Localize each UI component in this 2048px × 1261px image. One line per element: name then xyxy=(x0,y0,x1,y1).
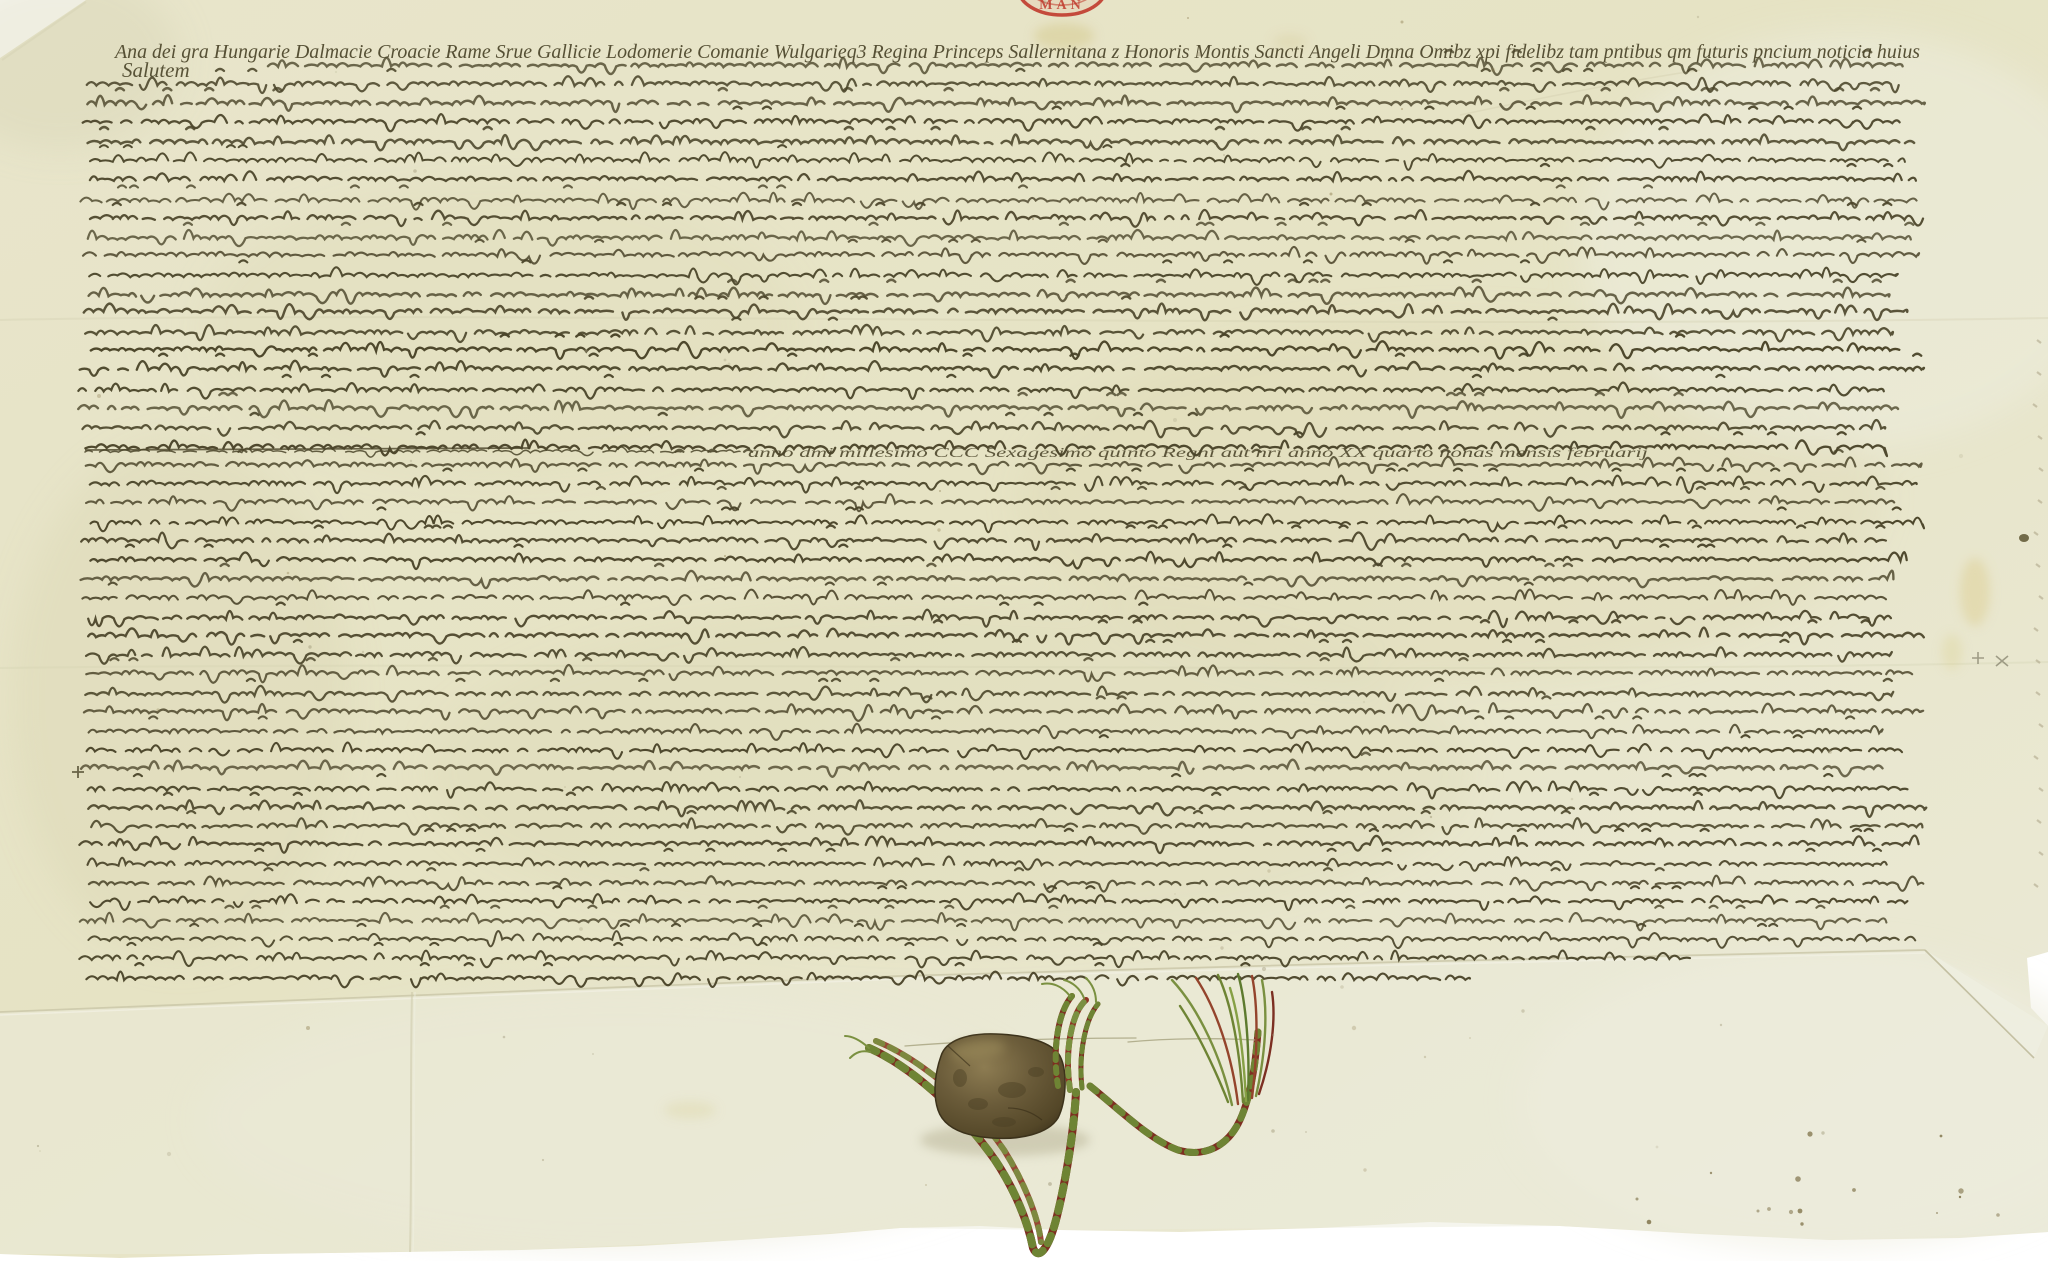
speckle xyxy=(1697,16,1699,18)
speckle xyxy=(1363,701,1365,703)
speckle xyxy=(1141,831,1143,833)
speckle xyxy=(1616,905,1619,908)
speckle xyxy=(1330,193,1333,196)
speckle-dark xyxy=(1636,1198,1639,1201)
speckle xyxy=(410,460,412,462)
speckle xyxy=(724,555,726,557)
speckle xyxy=(1720,1024,1722,1026)
speckle xyxy=(306,1026,310,1030)
speckle xyxy=(592,1053,594,1055)
opening-line-text: Ana dei gra Hungarie Dalmacie Croacie Ra… xyxy=(113,41,1920,63)
speckle-dark xyxy=(1795,1176,1801,1182)
speckle xyxy=(1656,1146,1659,1149)
speckle xyxy=(1267,869,1270,872)
speckle-dark xyxy=(1936,1212,1938,1214)
speckle xyxy=(1197,52,1202,57)
speckle xyxy=(579,927,583,931)
speckle xyxy=(937,528,940,531)
speckle-dark xyxy=(1647,1220,1652,1225)
speckle xyxy=(287,572,290,575)
speckle xyxy=(1043,0,1047,4)
speckle xyxy=(375,617,378,620)
interline-dating-clause: anno dmi millesimo CCC Sexagesimo quinto… xyxy=(748,445,1648,460)
speckle-dark xyxy=(1959,1196,1961,1198)
speckle xyxy=(1173,418,1177,422)
speckle xyxy=(739,776,741,778)
speckle-dark xyxy=(1800,1222,1803,1225)
speckle xyxy=(1828,750,1832,754)
speckle xyxy=(1469,1037,1471,1039)
speckle xyxy=(1048,1182,1052,1186)
speckle xyxy=(1491,68,1495,72)
speckle xyxy=(1430,816,1432,818)
speckle xyxy=(156,708,159,711)
speckle xyxy=(1187,17,1189,19)
speckle xyxy=(1305,1131,1307,1133)
speckle xyxy=(308,645,311,648)
speckle xyxy=(335,71,337,73)
speckle-dark xyxy=(1710,1172,1712,1174)
dark-fleck xyxy=(2019,534,2029,542)
speckle xyxy=(1571,798,1574,801)
speckle xyxy=(463,338,465,340)
speckle xyxy=(1401,21,1404,24)
speckle xyxy=(1129,458,1132,461)
speckle xyxy=(37,1145,39,1147)
speckle xyxy=(1271,1129,1275,1133)
charter-canvas: Ana dei gra Hungarie Dalmacie Croacie Ra… xyxy=(0,0,2048,1261)
salutem-word: Salutem xyxy=(122,58,190,82)
speckle xyxy=(1223,154,1225,156)
speckle xyxy=(1248,63,1250,65)
speckle xyxy=(97,394,101,398)
speckle xyxy=(1340,985,1344,989)
speckle xyxy=(542,1159,544,1161)
speckle xyxy=(584,349,587,352)
speckle xyxy=(1401,108,1403,110)
speckle xyxy=(377,976,380,979)
speckle xyxy=(1174,893,1176,895)
speckle xyxy=(1352,1026,1356,1030)
speckle xyxy=(939,490,941,492)
speckle xyxy=(1220,946,1223,949)
speckle-dark xyxy=(1798,1209,1803,1214)
speckle xyxy=(728,363,731,366)
speckle xyxy=(167,1152,171,1156)
speckle-dark xyxy=(1757,1210,1760,1213)
speckle xyxy=(1363,1168,1366,1171)
document-photo: Ana dei gra Hungarie Dalmacie Croacie Ra… xyxy=(0,0,2048,1261)
speckle-dark xyxy=(1767,1207,1771,1211)
speckle xyxy=(921,824,924,827)
speckle xyxy=(362,651,364,653)
speckle-dark xyxy=(1940,1135,1943,1138)
speckle xyxy=(1959,454,1963,458)
speckle xyxy=(1262,967,1266,971)
speckle xyxy=(1821,1131,1824,1134)
speckle xyxy=(39,1150,41,1152)
speckle xyxy=(1032,218,1034,220)
speckle xyxy=(1417,540,1420,543)
speckle xyxy=(724,359,727,362)
speckle xyxy=(1424,1056,1426,1058)
speckle xyxy=(503,1036,506,1039)
speckle xyxy=(158,424,161,427)
speckle xyxy=(1330,387,1333,390)
speckle xyxy=(564,786,566,788)
speckle-dark xyxy=(1807,1131,1812,1136)
wax-seal xyxy=(935,1034,1065,1138)
speckle xyxy=(413,169,417,173)
speckle-dark xyxy=(1958,1188,1963,1193)
speckle xyxy=(925,1184,927,1186)
speckle xyxy=(1521,1009,1524,1012)
speckle xyxy=(1272,1034,1275,1037)
speckle-dark xyxy=(1852,1188,1856,1192)
speckle-dark xyxy=(1789,1210,1793,1214)
speckle xyxy=(1700,549,1702,551)
speckle-dark xyxy=(1996,1213,2000,1217)
